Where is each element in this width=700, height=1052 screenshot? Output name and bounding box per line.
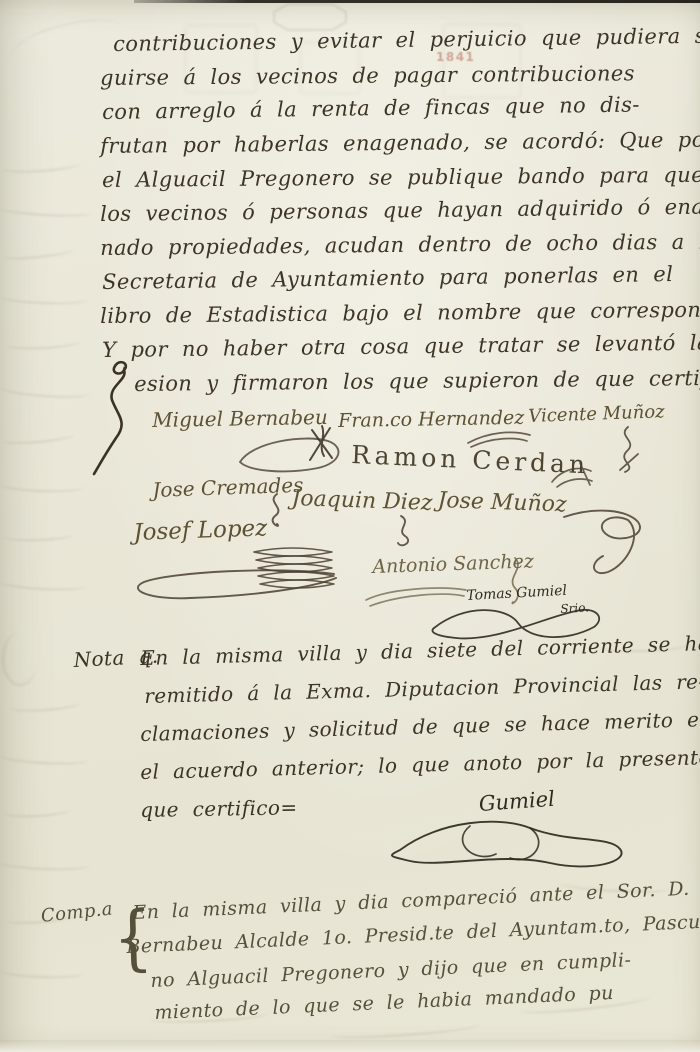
acta-line: esion y firmaron los que supieron de que… bbox=[134, 365, 700, 396]
acta-line: frutan por haberlas enagenado, se acordó… bbox=[100, 128, 700, 158]
bleedthrough-loop bbox=[2, 632, 38, 686]
bleedthrough-stroke bbox=[4, 244, 75, 261]
bleedthrough-stamp-octagon bbox=[272, 2, 348, 32]
scan-edge-top bbox=[134, 0, 700, 3]
bleedthrough-stroke bbox=[6, 336, 80, 351]
manuscript-page: 1841 contribuciones y evitar el perjuici… bbox=[0, 0, 700, 1052]
rubric-josef-lopez-swoosh bbox=[128, 564, 342, 608]
acta-line: guirse á los vecinos de pagar contribuci… bbox=[100, 61, 635, 90]
bleedthrough-stroke bbox=[10, 698, 81, 714]
bleedthrough-stroke bbox=[0, 576, 86, 592]
bleedthrough-stroke bbox=[2, 429, 75, 446]
bleedthrough-stroke bbox=[0, 479, 84, 494]
acta-line: con arreglo á la renta de fincas que no … bbox=[102, 92, 640, 124]
signature-vicente-munoz: Vicente Muñoz bbox=[528, 401, 665, 427]
bleedthrough-stroke bbox=[0, 382, 90, 400]
bleedthrough-stroke bbox=[2, 157, 81, 174]
nota-line: En la misma villa y dia siete del corrie… bbox=[140, 631, 700, 670]
rubric-vicente-munoz bbox=[612, 424, 644, 474]
acta-line: Secretaria de Ayuntamiento para ponerlas… bbox=[102, 262, 673, 294]
acta-line: el Alguacil Pregonero se publique bando … bbox=[102, 163, 700, 192]
nota-line: remitido á la Exma. Diputacion Provincia… bbox=[144, 669, 700, 708]
bleedthrough-stroke bbox=[0, 203, 92, 219]
calligraphic-s-flourish bbox=[88, 360, 134, 478]
nota-line: que certifico= bbox=[140, 795, 298, 822]
acta-line: Y por no haber otra cosa que tratar se l… bbox=[102, 331, 700, 362]
nota-line: clamaciones y solicitud de que se hace m… bbox=[140, 707, 700, 746]
acta-line: nado propiedades, acudan dentro de ocho … bbox=[100, 230, 700, 260]
signature-josef-lopez: Josef Lopez bbox=[133, 515, 268, 546]
rubric-joaquin-prefix bbox=[264, 490, 290, 532]
rubric-jose-munoz bbox=[556, 503, 654, 581]
comparecencia-label: Comp.a bbox=[40, 898, 114, 926]
bleedthrough-stroke bbox=[4, 529, 74, 542]
bleedthrough-stroke bbox=[0, 290, 88, 305]
bleedthrough-stroke bbox=[0, 965, 84, 980]
rubric-gumiel-nota bbox=[378, 808, 636, 876]
rubric-joaquin-diez bbox=[390, 512, 420, 552]
scan-edge-bottom bbox=[0, 1040, 700, 1052]
bleedthrough-stroke bbox=[330, 1019, 480, 1041]
nota-line: el acuerdo anterior; lo que anoto por la… bbox=[140, 744, 700, 784]
bleedthrough-stroke bbox=[4, 804, 70, 818]
rubric-miguel-bernabeu bbox=[232, 422, 350, 478]
bleedthrough-stroke bbox=[0, 856, 90, 871]
acta-line: los vecinos ó personas que hayan adquiri… bbox=[100, 194, 700, 226]
signature-jose-munoz: Jose Muñoz bbox=[437, 488, 567, 517]
rubric-ramon-cerdan bbox=[548, 460, 596, 490]
acta-line: libro de Estadistica bajo el nombre que … bbox=[100, 297, 700, 328]
bleedthrough-stroke bbox=[0, 750, 88, 767]
